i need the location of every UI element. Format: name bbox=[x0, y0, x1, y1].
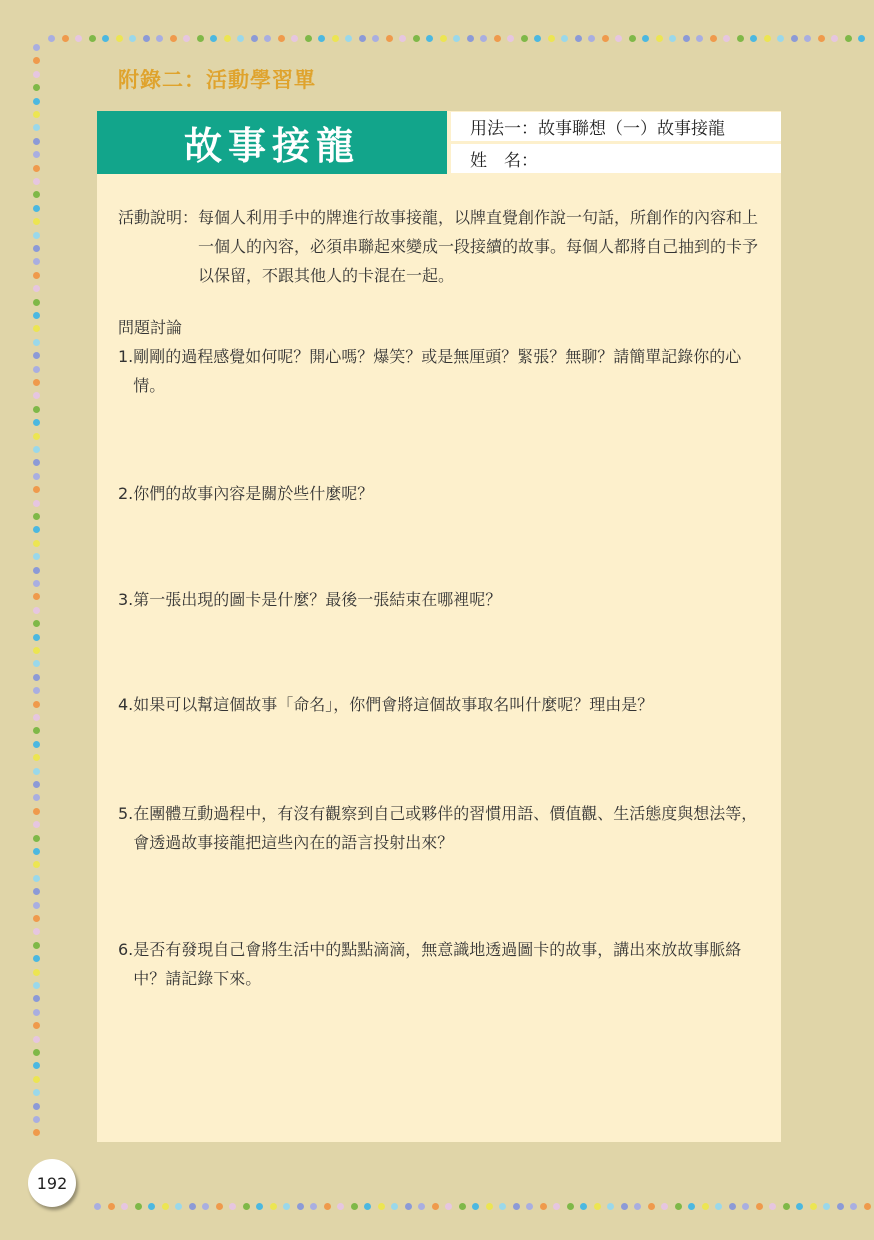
activity-description: 活動說明： 每個人利用手中的牌進行故事接龍，以牌直覺創作說一句話，所創作的內容和… bbox=[118, 203, 764, 290]
decorative-dot bbox=[129, 35, 136, 42]
decorative-dot bbox=[386, 35, 393, 42]
decorative-dots-left bbox=[33, 44, 41, 1144]
decorative-dot bbox=[615, 35, 622, 42]
decorative-dot bbox=[33, 835, 40, 842]
decorative-dot bbox=[33, 473, 40, 480]
question-number: 5. bbox=[118, 799, 133, 857]
decorative-dot bbox=[156, 35, 163, 42]
decorative-dot bbox=[845, 35, 852, 42]
decorative-dot bbox=[399, 35, 406, 42]
decorative-dot bbox=[33, 1089, 40, 1096]
decorative-dot bbox=[33, 674, 40, 681]
decorative-dot bbox=[548, 35, 555, 42]
decorative-dot bbox=[661, 1203, 668, 1210]
decorative-dot bbox=[33, 1009, 40, 1016]
decorative-dot bbox=[33, 1036, 40, 1043]
decorative-dot bbox=[33, 205, 40, 212]
decorative-dot bbox=[526, 1203, 533, 1210]
decorative-dot bbox=[33, 191, 40, 198]
decorative-dot bbox=[472, 1203, 479, 1210]
decorative-dot bbox=[33, 915, 40, 922]
decorative-dot bbox=[391, 1203, 398, 1210]
decorative-dot bbox=[33, 526, 40, 533]
decorative-dot bbox=[33, 459, 40, 466]
decorative-dot bbox=[702, 1203, 709, 1210]
decorative-dot bbox=[33, 647, 40, 654]
decorative-dot bbox=[33, 44, 40, 51]
decorative-dot bbox=[189, 1203, 196, 1210]
decorative-dot bbox=[783, 1203, 790, 1210]
decorative-dot bbox=[33, 942, 40, 949]
name-field[interactable]: 姓 名： bbox=[451, 144, 781, 173]
decorative-dot bbox=[270, 1203, 277, 1210]
question-text: 剛剛的過程感覺如何呢？開心嗎？爆笑？或是無厘頭？緊張？無聊？請簡單記錄你的心情。 bbox=[133, 342, 764, 400]
decorative-dots-bottom bbox=[94, 1203, 874, 1211]
decorative-dot bbox=[440, 35, 447, 42]
decorative-dot bbox=[683, 35, 690, 42]
question-text: 是否有發現自己會將生活中的點點滴滴，無意識地透過圖卡的故事，講出來放故事脈絡中？… bbox=[133, 935, 764, 993]
decorative-dot bbox=[642, 35, 649, 42]
question-text: 第一張出現的圖卡是什麼？最後一張結束在哪裡呢？ bbox=[133, 585, 764, 614]
decorative-dot bbox=[33, 446, 40, 453]
decorative-dot bbox=[777, 35, 784, 42]
decorative-dot bbox=[634, 1203, 641, 1210]
page-number: 192 bbox=[28, 1159, 76, 1207]
worksheet-title-banner: 故事接龍 bbox=[97, 111, 447, 174]
decorative-dot bbox=[804, 35, 811, 42]
decorative-dot bbox=[89, 35, 96, 42]
question-5: 5. 在團體互動過程中，有沒有觀察到自己或夥伴的習慣用語、價值觀、生活態度與想法… bbox=[118, 799, 764, 857]
decorative-dot bbox=[116, 35, 123, 42]
decorative-dot bbox=[33, 71, 40, 78]
decorative-dot bbox=[710, 35, 717, 42]
decorative-dot bbox=[33, 379, 40, 386]
decorative-dot bbox=[318, 35, 325, 42]
decorative-dot bbox=[33, 714, 40, 721]
decorative-dot bbox=[33, 754, 40, 761]
section-title: 附錄二：活動學習單 bbox=[118, 64, 316, 94]
decorative-dot bbox=[737, 35, 744, 42]
decorative-dot bbox=[237, 35, 244, 42]
decorative-dot bbox=[33, 151, 40, 158]
decorative-dot bbox=[224, 35, 231, 42]
decorative-dot bbox=[33, 553, 40, 560]
decorative-dot bbox=[823, 1203, 830, 1210]
decorative-dot bbox=[33, 928, 40, 935]
decorative-dot bbox=[33, 540, 40, 547]
question-number: 6. bbox=[118, 935, 133, 993]
decorative-dot bbox=[243, 1203, 250, 1210]
decorative-dot bbox=[33, 218, 40, 225]
decorative-dot bbox=[33, 339, 40, 346]
decorative-dot bbox=[33, 741, 40, 748]
decorative-dot bbox=[656, 35, 663, 42]
decorative-dot bbox=[499, 1203, 506, 1210]
decorative-dot bbox=[553, 1203, 560, 1210]
decorative-dot bbox=[769, 1203, 776, 1210]
decorative-dot bbox=[818, 35, 825, 42]
decorative-dot bbox=[764, 35, 771, 42]
decorative-dot bbox=[297, 1203, 304, 1210]
question-text: 在團體互動過程中，有沒有觀察到自己或夥伴的習慣用語、價值觀、生活態度與想法等，會… bbox=[133, 799, 764, 857]
decorative-dot bbox=[33, 620, 40, 627]
decorative-dot bbox=[432, 1203, 439, 1210]
decorative-dot bbox=[723, 35, 730, 42]
decorative-dot bbox=[629, 35, 636, 42]
question-1: 1. 剛剛的過程感覺如何呢？開心嗎？爆笑？或是無厘頭？緊張？無聊？請簡單記錄你的… bbox=[118, 342, 764, 400]
decorative-dot bbox=[426, 35, 433, 42]
decorative-dot bbox=[675, 1203, 682, 1210]
decorative-dot bbox=[33, 124, 40, 131]
description-label: 活動說明： bbox=[118, 203, 198, 290]
decorative-dot bbox=[33, 607, 40, 614]
decorative-dot bbox=[750, 35, 757, 42]
decorative-dot bbox=[445, 1203, 452, 1210]
decorative-dot bbox=[33, 687, 40, 694]
decorative-dot bbox=[418, 1203, 425, 1210]
decorative-dot bbox=[33, 138, 40, 145]
question-3: 3. 第一張出現的圖卡是什麼？最後一張結束在哪裡呢？ bbox=[118, 585, 764, 614]
decorative-dot bbox=[756, 1203, 763, 1210]
decorative-dot bbox=[33, 995, 40, 1002]
decorative-dot bbox=[121, 1203, 128, 1210]
decorative-dot bbox=[310, 1203, 317, 1210]
decorative-dot bbox=[791, 35, 798, 42]
decorative-dot bbox=[175, 1203, 182, 1210]
decorative-dot bbox=[33, 419, 40, 426]
decorative-dot bbox=[33, 1076, 40, 1083]
decorative-dot bbox=[33, 500, 40, 507]
decorative-dot bbox=[183, 35, 190, 42]
decorative-dot bbox=[135, 1203, 142, 1210]
decorative-dot bbox=[33, 888, 40, 895]
decorative-dot bbox=[33, 98, 40, 105]
decorative-dot bbox=[33, 982, 40, 989]
decorative-dot bbox=[33, 272, 40, 279]
decorative-dot bbox=[33, 232, 40, 239]
decorative-dot bbox=[486, 1203, 493, 1210]
decorative-dot bbox=[729, 1203, 736, 1210]
decorative-dot bbox=[33, 634, 40, 641]
decorative-dot bbox=[33, 808, 40, 815]
decorative-dot bbox=[459, 1203, 466, 1210]
question-6: 6. 是否有發現自己會將生活中的點點滴滴，無意識地透過圖卡的故事，講出來放故事脈… bbox=[118, 935, 764, 993]
decorative-dot bbox=[33, 1116, 40, 1123]
decorative-dot bbox=[696, 35, 703, 42]
decorative-dot bbox=[33, 875, 40, 882]
decorative-dot bbox=[534, 35, 541, 42]
decorative-dot bbox=[602, 35, 609, 42]
decorative-dot bbox=[33, 727, 40, 734]
decorative-dot bbox=[594, 1203, 601, 1210]
decorative-dot bbox=[283, 1203, 290, 1210]
decorative-dots-top bbox=[48, 35, 874, 43]
decorative-dot bbox=[33, 57, 40, 64]
question-number: 1. bbox=[118, 342, 133, 400]
decorative-dot bbox=[33, 781, 40, 788]
decorative-dot bbox=[33, 325, 40, 332]
decorative-dot bbox=[33, 366, 40, 373]
question-4: 4. 如果可以幫這個故事「命名」，你們會將這個故事取名叫什麼呢？理由是？ bbox=[118, 690, 764, 719]
decorative-dot bbox=[607, 1203, 614, 1210]
decorative-dot bbox=[33, 567, 40, 574]
decorative-dot bbox=[831, 35, 838, 42]
decorative-dot bbox=[575, 35, 582, 42]
decorative-dot bbox=[264, 35, 271, 42]
decorative-dot bbox=[850, 1203, 857, 1210]
question-number: 3. bbox=[118, 585, 133, 614]
questions-heading: 問題討論 bbox=[118, 313, 764, 342]
decorative-dot bbox=[33, 433, 40, 440]
decorative-dot bbox=[324, 1203, 331, 1210]
decorative-dot bbox=[256, 1203, 263, 1210]
question-text: 你們的故事內容是關於些什麼呢？ bbox=[133, 479, 764, 508]
decorative-dot bbox=[33, 821, 40, 828]
decorative-dot bbox=[33, 1062, 40, 1069]
decorative-dot bbox=[33, 1129, 40, 1136]
decorative-dot bbox=[291, 35, 298, 42]
decorative-dot bbox=[567, 1203, 574, 1210]
decorative-dot bbox=[33, 392, 40, 399]
question-number: 4. bbox=[118, 690, 133, 719]
decorative-dot bbox=[33, 406, 40, 413]
decorative-dot bbox=[33, 352, 40, 359]
decorative-dot bbox=[351, 1203, 358, 1210]
decorative-dot bbox=[33, 969, 40, 976]
decorative-dot bbox=[216, 1203, 223, 1210]
decorative-dot bbox=[229, 1203, 236, 1210]
decorative-dot bbox=[48, 35, 55, 42]
description-text: 每個人利用手中的牌進行故事接龍，以牌直覺創作說一句話，所創作的內容和上一個人的內… bbox=[198, 203, 764, 290]
decorative-dot bbox=[33, 178, 40, 185]
decorative-dot bbox=[540, 1203, 547, 1210]
decorative-dot bbox=[33, 861, 40, 868]
worksheet-title: 故事接龍 bbox=[184, 115, 360, 170]
decorative-dot bbox=[33, 299, 40, 306]
decorative-dot bbox=[33, 165, 40, 172]
decorative-dot bbox=[33, 701, 40, 708]
decorative-dot bbox=[251, 35, 258, 42]
decorative-dot bbox=[405, 1203, 412, 1210]
decorative-dot bbox=[561, 35, 568, 42]
decorative-dot bbox=[332, 35, 339, 42]
decorative-dot bbox=[33, 1049, 40, 1056]
decorative-dot bbox=[413, 35, 420, 42]
decorative-dot bbox=[33, 955, 40, 962]
decorative-dot bbox=[33, 513, 40, 520]
decorative-dot bbox=[75, 35, 82, 42]
decorative-dot bbox=[588, 35, 595, 42]
decorative-dot bbox=[858, 35, 865, 42]
decorative-dot bbox=[33, 258, 40, 265]
decorative-dot bbox=[33, 285, 40, 292]
decorative-dot bbox=[742, 1203, 749, 1210]
decorative-dot bbox=[337, 1203, 344, 1210]
decorative-dot bbox=[62, 35, 69, 42]
decorative-dot bbox=[378, 1203, 385, 1210]
decorative-dot bbox=[33, 1022, 40, 1029]
decorative-dot bbox=[33, 794, 40, 801]
decorative-dot bbox=[148, 1203, 155, 1210]
decorative-dot bbox=[210, 35, 217, 42]
decorative-dot bbox=[507, 35, 514, 42]
decorative-dot bbox=[796, 1203, 803, 1210]
decorative-dot bbox=[580, 1203, 587, 1210]
decorative-dot bbox=[94, 1203, 101, 1210]
decorative-dot bbox=[837, 1203, 844, 1210]
decorative-dot bbox=[33, 580, 40, 587]
decorative-dot bbox=[715, 1203, 722, 1210]
decorative-dot bbox=[33, 486, 40, 493]
decorative-dot bbox=[513, 1203, 520, 1210]
decorative-dot bbox=[467, 35, 474, 42]
decorative-dot bbox=[33, 312, 40, 319]
decorative-dot bbox=[372, 35, 379, 42]
decorative-dot bbox=[162, 1203, 169, 1210]
decorative-dot bbox=[108, 1203, 115, 1210]
decorative-dot bbox=[864, 1203, 871, 1210]
question-number: 2. bbox=[118, 479, 133, 508]
decorative-dot bbox=[33, 848, 40, 855]
decorative-dot bbox=[197, 35, 204, 42]
decorative-dot bbox=[33, 660, 40, 667]
decorative-dot bbox=[494, 35, 501, 42]
decorative-dot bbox=[170, 35, 177, 42]
question-2: 2. 你們的故事內容是關於些什麼呢？ bbox=[118, 479, 764, 508]
decorative-dot bbox=[33, 84, 40, 91]
decorative-dot bbox=[521, 35, 528, 42]
decorative-dot bbox=[669, 35, 676, 42]
usage-label: 用法一：故事聯想（一）故事接龍 bbox=[451, 112, 781, 141]
decorative-dot bbox=[688, 1203, 695, 1210]
decorative-dot bbox=[143, 35, 150, 42]
decorative-dot bbox=[278, 35, 285, 42]
decorative-dot bbox=[648, 1203, 655, 1210]
decorative-dot bbox=[33, 1103, 40, 1110]
decorative-dot bbox=[33, 902, 40, 909]
decorative-dot bbox=[364, 1203, 371, 1210]
decorative-dot bbox=[621, 1203, 628, 1210]
decorative-dot bbox=[480, 35, 487, 42]
question-text: 如果可以幫這個故事「命名」，你們會將這個故事取名叫什麼呢？理由是？ bbox=[133, 690, 764, 719]
decorative-dot bbox=[33, 245, 40, 252]
decorative-dot bbox=[102, 35, 109, 42]
decorative-dot bbox=[810, 1203, 817, 1210]
decorative-dot bbox=[33, 111, 40, 118]
decorative-dot bbox=[453, 35, 460, 42]
decorative-dot bbox=[305, 35, 312, 42]
decorative-dot bbox=[359, 35, 366, 42]
decorative-dot bbox=[202, 1203, 209, 1210]
decorative-dot bbox=[345, 35, 352, 42]
decorative-dot bbox=[33, 768, 40, 775]
decorative-dot bbox=[33, 593, 40, 600]
